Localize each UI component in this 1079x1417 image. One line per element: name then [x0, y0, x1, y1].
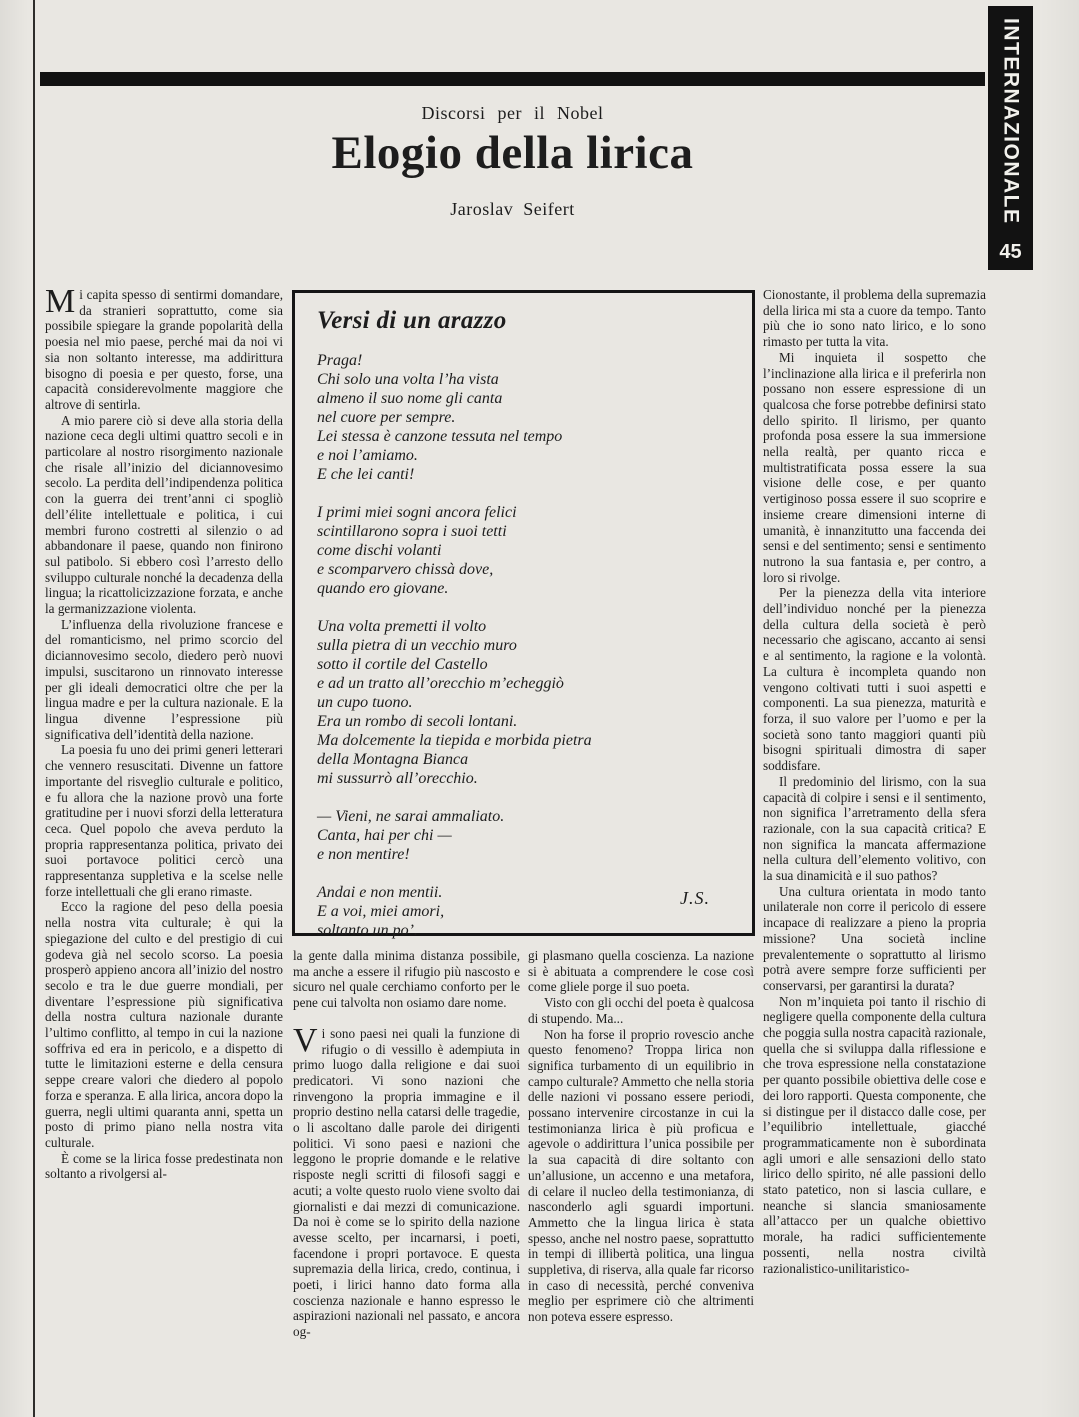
poem-line: e noi l’amiamo.	[317, 446, 732, 465]
poem-line: nel cuore per sempre.	[317, 408, 732, 427]
poem-line: un cupo tuono.	[317, 693, 732, 712]
paragraph: Per la pienezza della vita interiore del…	[763, 585, 986, 773]
paragraph: Il predominio del lirismo, con la sua ca…	[763, 774, 986, 884]
poem-line: Una volta premetti il volto	[317, 617, 732, 636]
poem-line: della Montagna Bianca	[317, 750, 732, 769]
poem-body: Praga!Chi solo una volta l’ha vistaalmen…	[317, 351, 732, 940]
poem-line: Chi solo una volta l’ha vista	[317, 370, 732, 389]
poem-stanza: I primi miei sogni ancora feliciscintill…	[317, 503, 732, 598]
section-label: INTERNAZIONALE	[999, 18, 1023, 225]
poem-title: Versi di un arazzo	[317, 307, 732, 335]
poem-line: sulla pietra di un vecchio muro	[317, 636, 732, 655]
poem-line: scintillarono sopra i suoi tetti	[317, 522, 732, 541]
paragraph: Ecco la ragione del peso della poesia ne…	[45, 899, 283, 1150]
poem-line: I primi miei sogni ancora felici	[317, 503, 732, 522]
drop-cap: M	[45, 287, 79, 316]
paragraph: A mio parere ciò si deve alla storia del…	[45, 413, 283, 617]
paragraph: È come se la lirica fosse predestinata n…	[45, 1151, 283, 1182]
poem-stanza: Praga!Chi solo una volta l’ha vistaalmen…	[317, 351, 732, 484]
paragraph: gi plasmano quella coscienza. La nazione…	[528, 948, 754, 995]
poem-line: sotto il cortile del Castello	[317, 655, 732, 674]
poem-line: — Vieni, ne sarai ammaliato.	[317, 807, 732, 826]
paragraph: Vi sono paesi nei quali la funzione di r…	[293, 1026, 520, 1340]
paragraph: L’influenza della rivoluzione francese e…	[45, 617, 283, 743]
paragraph: Visto con gli occhi del poeta è qualcosa…	[528, 995, 754, 1026]
poem-line: Lei stessa è canzone tessuta nel tempo	[317, 427, 732, 446]
paragraph: La poesia fu uno dei primi generi letter…	[45, 742, 283, 899]
poem-stanza: Una volta premetti il voltosulla pietra …	[317, 617, 732, 788]
drop-cap: V	[293, 1026, 322, 1055]
poem-line: E che lei canti!	[317, 465, 732, 484]
poem-line: mi sussurrò all’orecchio.	[317, 769, 732, 788]
paragraph: Cionostante, il problema della supremazi…	[763, 287, 986, 350]
poem-line: Ma dolcemente la tiepida e morbida pietr…	[317, 731, 732, 750]
poem-box: Versi di un arazzo Praga!Chi solo una vo…	[292, 290, 755, 936]
paragraph: la gente dalla minima distanza possibile…	[293, 948, 520, 1011]
paragraph: Non m’inquieta poi tanto il rischio di n…	[763, 994, 986, 1277]
paragraph: Mi capita spesso di sentirmi domandare, …	[45, 287, 283, 413]
poem-line: Canta, hai per chi —	[317, 826, 732, 845]
poem-line: soltanto un po’.	[317, 921, 732, 940]
poem-line: E a voi, miei amori,	[317, 902, 732, 921]
poem-line: Andai e non mentii.	[317, 883, 732, 902]
header-rule	[40, 72, 985, 86]
poem-line: Praga!	[317, 351, 732, 370]
paragraph: Mi inquieta il sospetto che l’inclinazio…	[763, 350, 986, 586]
poem-line: quando ero giovane.	[317, 579, 732, 598]
poem-line: come dischi volanti	[317, 541, 732, 560]
article-column-middle-right: gi plasmano quella coscienza. La nazione…	[528, 948, 754, 1325]
poem-line: e scomparvero chissà dove,	[317, 560, 732, 579]
article-column-right: Cionostante, il problema della supremazi…	[763, 287, 986, 1276]
page-left-rule	[33, 0, 35, 1417]
poem-line: almeno il suo nome gli canta	[317, 389, 732, 408]
article-kicker: Discorsi per il Nobel	[40, 103, 985, 124]
poem-stanza: — Vieni, ne sarai ammaliato.Canta, hai p…	[317, 807, 732, 864]
poem-line: e non mentire!	[317, 845, 732, 864]
article-column-left: Mi capita spesso di sentirmi domandare, …	[45, 287, 283, 1182]
poem-signature: J.S.	[680, 888, 710, 909]
poem-line: e ad un tratto all’orecchio m’echeggiò	[317, 674, 732, 693]
page-number: 45	[988, 241, 1033, 264]
poem-line: Era un rombo di secoli lontani.	[317, 712, 732, 731]
article-title: Elogio della lirica	[40, 126, 985, 180]
poem-stanza: Andai e non mentii.E a voi, miei amori,s…	[317, 883, 732, 940]
paragraph: Non ha forse il proprio rovescio anche q…	[528, 1027, 754, 1325]
article-author: Jaroslav Seifert	[40, 199, 985, 220]
paragraph: Una cultura orientata in modo tanto unil…	[763, 884, 986, 994]
article-column-middle-left: la gente dalla minima distanza possibile…	[293, 948, 520, 1340]
section-sidebar: INTERNAZIONALE 45	[988, 6, 1033, 270]
